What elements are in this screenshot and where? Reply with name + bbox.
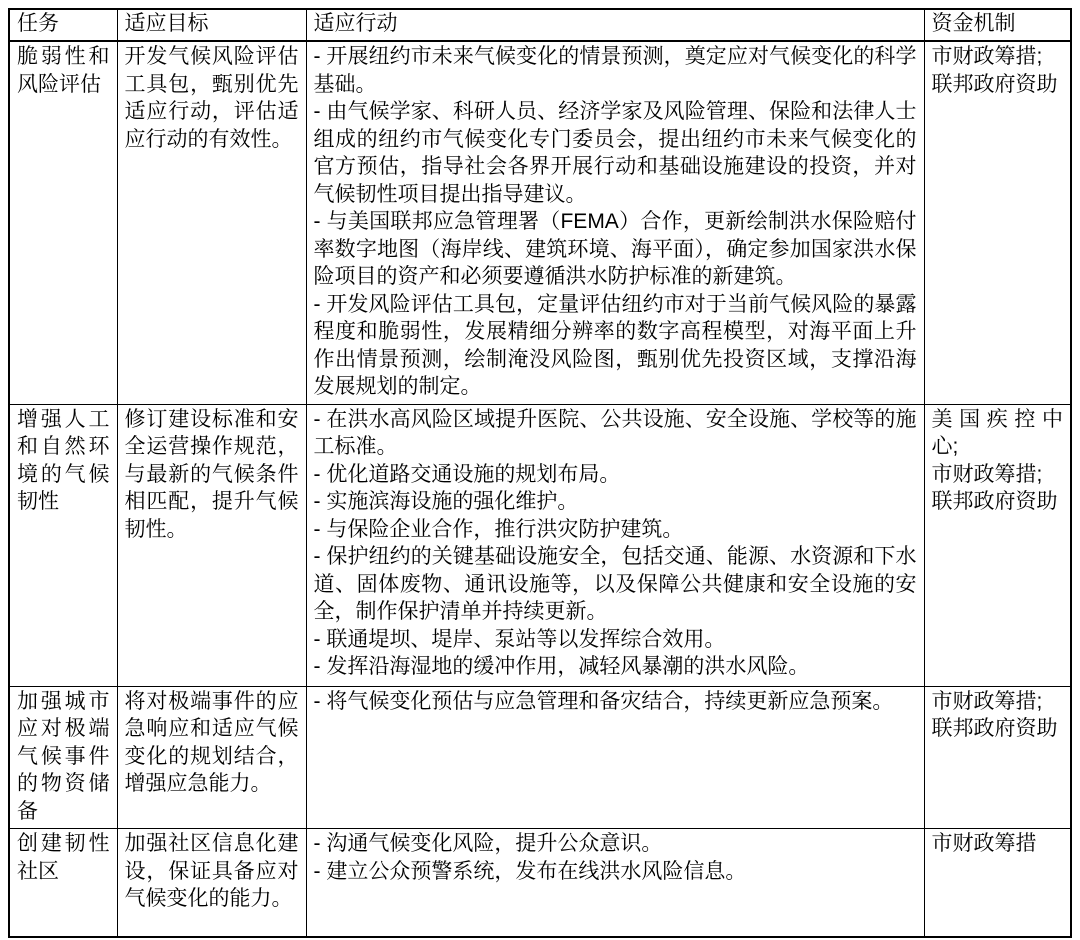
funding-line: 市财政筹措; [932,461,1064,489]
action-item: - 在洪水高风险区域提升医院、公共设施、安全设施、学校等的施工标准。 [314,406,917,461]
table-row: 增强人工和自然环境的气候韧性 修订建设标准和安全运营操作规范，与最新的气候条件相… [9,404,1071,686]
task-cell: 脆弱性和风险评估 [9,41,117,404]
action-item: - 实施滨海设施的强化维护。 [314,488,917,516]
goal-cell: 修订建设标准和安全运营操作规范，与最新的气候条件相匹配，提升气候韧性。 [117,404,306,686]
actions-cell: - 在洪水高风险区域提升医院、公共设施、安全设施、学校等的施工标准。 - 优化道… [306,404,924,686]
funding-line: 市财政筹措; [932,43,1064,71]
adaptation-plan-table: 任务 适应目标 适应行动 资金机制 脆弱性和风险评估 开发气候风险评估工具包，甄… [8,8,1072,938]
goal-cell: 开发气候风险评估工具包，甄别优先适应行动，评估适应行动的有效性。 [117,41,306,404]
table-row: 脆弱性和风险评估 开发气候风险评估工具包，甄别优先适应行动，评估适应行动的有效性… [9,41,1071,404]
funding-cell: 市财政筹措; 联邦政府资助 [924,41,1071,404]
funding-line: 联邦政府资助 [932,488,1064,516]
task-cell: 增强人工和自然环境的气候韧性 [9,404,117,686]
actions-cell: - 将气候变化预估与应急管理和备灾结合，持续更新应急预案。 [306,686,924,829]
funding-line: 联邦政府资助 [932,715,1064,743]
table-row: 创建韧性社区 加强社区信息化建设，保证具备应对气候变化的能力。 - 沟通气候变化… [9,829,1071,937]
action-item: - 开展纽约市未来气候变化的情景预测，奠定应对气候变化的科学基础。 [314,43,917,98]
column-header-funding: 资金机制 [924,9,1071,41]
funding-cell: 市财政筹措 [924,829,1071,937]
actions-cell: - 沟通气候变化风险，提升公众意识。 - 建立公众预警系统，发布在线洪水风险信息… [306,829,924,937]
action-item: - 与保险企业合作，推行洪灾防护建筑。 [314,516,917,544]
action-item: - 将气候变化预估与应急管理和备灾结合，持续更新应急预案。 [314,688,917,716]
column-header-goal: 适应目标 [117,9,306,41]
column-header-task: 任务 [9,9,117,41]
action-item: - 沟通气候变化风险，提升公众意识。 [314,830,917,858]
funding-line: 美国疾控中心; [932,406,1064,461]
action-item: - 与美国联邦应急管理署（FEMA）合作，更新绘制洪水保险赔付率数字地图（海岸线… [314,208,917,291]
funding-line: 市财政筹措 [932,830,1064,858]
action-item: - 保护纽约的关键基础设施安全，包括交通、能源、水资源和下水道、固体废物、通讯设… [314,543,917,626]
actions-cell: - 开展纽约市未来气候变化的情景预测，奠定应对气候变化的科学基础。 - 由气候学… [306,41,924,404]
action-item: - 由气候学家、科研人员、经济学家及风险管理、保险和法律人士组成的纽约市气候变化… [314,98,917,208]
funding-cell: 市财政筹措; 联邦政府资助 [924,686,1071,829]
action-item: - 联通堤坝、堤岸、泵站等以发挥综合效用。 [314,626,917,654]
funding-line: 联邦政府资助 [932,71,1064,99]
funding-cell: 美国疾控中心; 市财政筹措; 联邦政府资助 [924,404,1071,686]
action-item: - 建立公众预警系统，发布在线洪水风险信息。 [314,858,917,886]
task-cell: 创建韧性社区 [9,829,117,937]
action-item: - 开发风险评估工具包，定量评估纽约市对于当前气候风险的暴露程度和脆弱性，发展精… [314,291,917,401]
goal-cell: 将对极端事件的应急响应和适应气候变化的规划结合，增强应急能力。 [117,686,306,829]
goal-cell: 加强社区信息化建设，保证具备应对气候变化的能力。 [117,829,306,937]
funding-line: 市财政筹措; [932,688,1064,716]
document-page: 任务 适应目标 适应行动 资金机制 脆弱性和风险评估 开发气候风险评估工具包，甄… [0,0,1080,940]
column-header-action: 适应行动 [306,9,924,41]
task-cell: 加强城市应对极端气候事件的物资储备 [9,686,117,829]
action-item: - 发挥沿海湿地的缓冲作用，减轻风暴潮的洪水风险。 [314,653,917,681]
action-item: - 优化道路交通设施的规划布局。 [314,461,917,489]
table-row: 加强城市应对极端气候事件的物资储备 将对极端事件的应急响应和适应气候变化的规划结… [9,686,1071,829]
header-row: 任务 适应目标 适应行动 资金机制 [9,9,1071,41]
